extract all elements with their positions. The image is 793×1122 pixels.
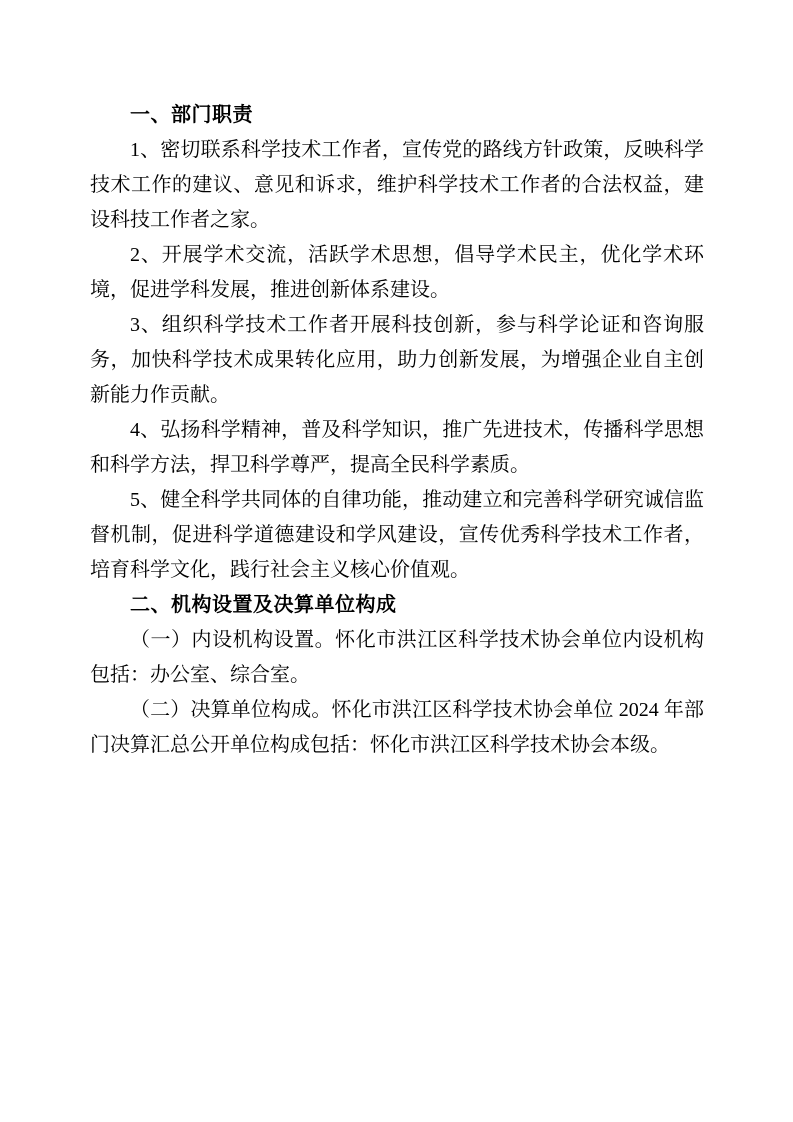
document-page: 一、部门职责 1、密切联系科学技术工作者，宣传党的路线方针政策，反映科学技术工作…: [0, 0, 793, 1122]
duties-paragraph-1: 1、密切联系科学技术工作者，宣传党的路线方针政策，反映科学技术工作的建议、意见和…: [90, 133, 704, 238]
duties-paragraph-4: 4、弘扬科学精神，普及科学知识，推广先进技术，传播科学思想和科学方法，捍卫科学尊…: [90, 413, 704, 483]
duties-paragraph-5: 5、健全科学共同体的自律功能，推动建立和完善科学研究诚信监督机制，促进科学道德建…: [90, 483, 704, 588]
section-heading-organization: 二、机构设置及决算单位构成: [90, 588, 704, 623]
duties-paragraph-2: 2、开展学术交流，活跃学术思想，倡导学术民主，优化学术环境，促进学科发展，推进创…: [90, 238, 704, 308]
duties-paragraph-3: 3、组织科学技术工作者开展科技创新，参与科学论证和咨询服务，加快科学技术成果转化…: [90, 308, 704, 413]
organization-paragraph-2: （二）决算单位构成。怀化市洪江区科学技术协会单位 2024 年部门决算汇总公开单…: [90, 693, 704, 763]
section-heading-duties: 一、部门职责: [90, 98, 704, 133]
organization-paragraph-1: （一）内设机构设置。怀化市洪江区科学技术协会单位内设机构包括：办公室、综合室。: [90, 623, 704, 693]
